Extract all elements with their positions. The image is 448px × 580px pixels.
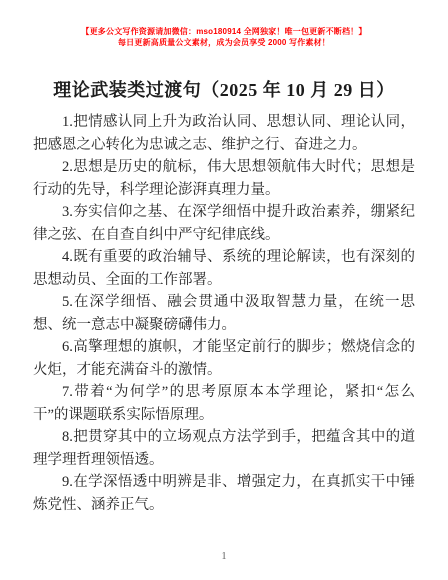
- document-page: 【更多公文写作资源请加微信：mso180914 全网独家！唯一包更新不断档！】 …: [0, 0, 448, 580]
- paragraph-9: 9.在学深悟透中明辨是非、增强定力，在真抓实干中锤炼党性、涵养正气。: [33, 471, 415, 516]
- watermark-banner: 【更多公文写作资源请加微信：mso180914 全网独家！唯一包更新不断档！】 …: [0, 26, 448, 48]
- paragraph-2: 2.思想是历史的航标，伟大思想领航伟大时代；思想是行动的先导，科学理论澎湃真理力…: [33, 156, 415, 201]
- watermark-line-1: 【更多公文写作资源请加微信：mso180914 全网独家！唯一包更新不断档！】: [0, 26, 448, 37]
- paragraph-3: 3.夯实信仰之基、在深学细悟中提升政治素养，绷紧纪律之弦、在自查自纠中严守纪律底…: [33, 201, 415, 246]
- document-body: 1.把情感认同上升为政治认同、思想认同、理论认同，把感恩之心转化为忠诚之志、维护…: [0, 111, 448, 516]
- page-number: 1: [0, 551, 448, 562]
- paragraph-1: 1.把情感认同上升为政治认同、思想认同、理论认同，把感恩之心转化为忠诚之志、维护…: [33, 111, 415, 156]
- paragraph-5: 5.在深学细悟、融会贯通中汲取智慧力量，在统一思想、统一意志中凝聚磅礴伟力。: [33, 291, 415, 336]
- watermark-line-2: 每日更新高质量公文素材，成为会员享受 2000 写作素材！: [0, 37, 448, 48]
- paragraph-7: 7.带着“为何学”的思考原原本本学理论，紧扣“怎么干”的课题联系实际悟原理。: [33, 381, 415, 426]
- page-title: 理论武装类过渡句（2025 年 10 月 29 日）: [0, 79, 448, 101]
- paragraph-4: 4.既有重要的政治辅导、系统的理论解读，也有深刻的思想动员、全面的工作部署。: [33, 246, 415, 291]
- paragraph-6: 6.高擎理想的旗帜，才能坚定前行的脚步；燃烧信念的火炬，才能充满奋斗的激情。: [33, 336, 415, 381]
- paragraph-8: 8.把贯穿其中的立场观点方法学到手，把蕴含其中的道理学理哲理领悟透。: [33, 426, 415, 471]
